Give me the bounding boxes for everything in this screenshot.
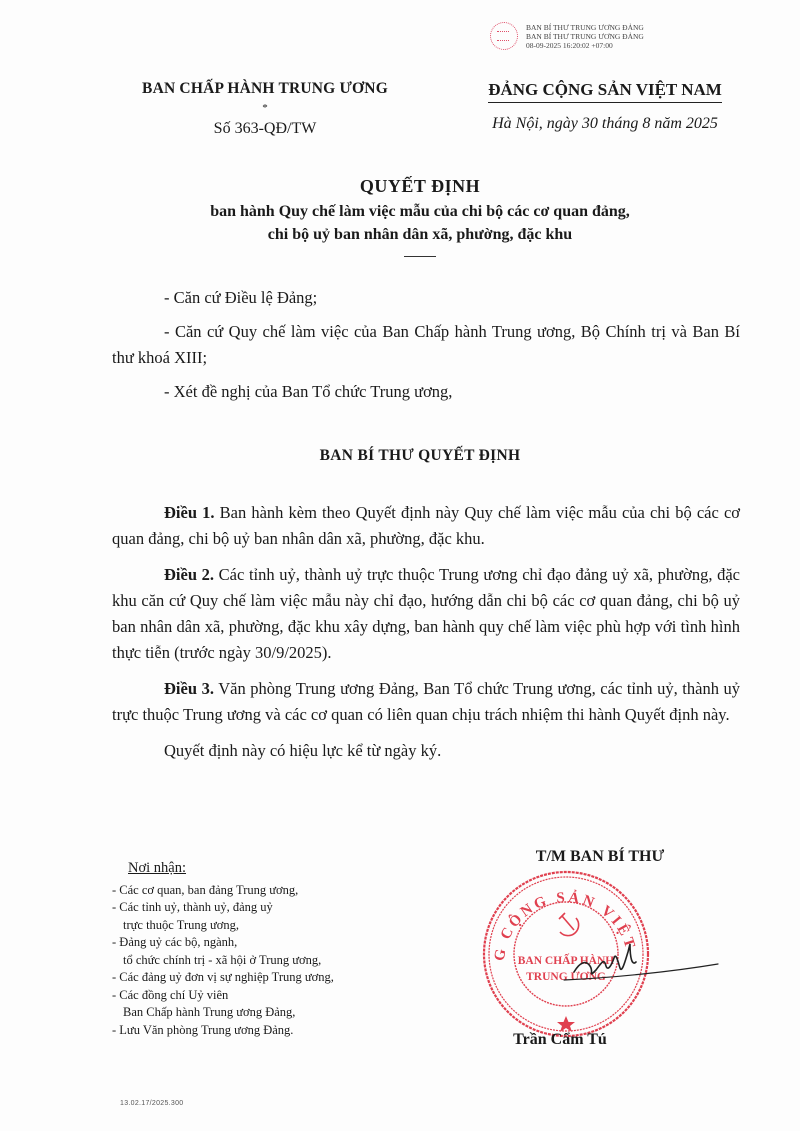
digital-signature-timestamp: 08-09-2025 16:20:02 +07:00 — [526, 41, 644, 50]
subject-line: ban hành Quy chế làm việc mẫu của chi bộ… — [80, 200, 760, 223]
signature-title: T/M BAN BÍ THƯ — [470, 848, 730, 866]
footer-code: 13.02.17/2025.300 — [120, 1100, 184, 1107]
recipient-item: - Các đồng chí Uỷ viên — [112, 987, 432, 1005]
recipients: Nơi nhận: - Các cơ quan, ban đảng Trung … — [112, 860, 432, 1039]
recipient-item: - Lưu Văn phòng Trung ương Đảng. — [112, 1022, 432, 1040]
basis-item: - Xét đề nghị của Ban Tổ chức Trung ương… — [112, 379, 740, 405]
article-3: Điều 3. Văn phòng Trung ương Đảng, Ban T… — [112, 676, 740, 728]
basis-item: - Căn cứ Điều lệ Đảng; — [112, 285, 740, 311]
effective-clause: Quyết định này có hiệu lực kể từ ngày ký… — [112, 738, 740, 764]
decision-heading: BAN BÍ THƯ QUYẾT ĐỊNH — [80, 447, 760, 465]
star-icon: * — [100, 102, 430, 114]
recipient-item: - Đảng uỷ các bộ, ngành, — [112, 934, 432, 952]
recipient-item-continued: tổ chức chính trị - xã hội ở Trung ương, — [112, 952, 432, 970]
svg-text:ĐẢNG CỘNG SẢN VIỆT NAM: ĐẢNG CỘNG SẢN VIỆT NAM — [480, 868, 640, 962]
document-number: Số 363-QĐ/TW — [100, 120, 430, 138]
recipient-item: - Các tỉnh uỷ, thành uỷ, đảng uỷ — [112, 899, 432, 917]
party-name: ĐẢNG CỘNG SẢN VIỆT NAM — [488, 80, 722, 103]
recipient-item: - Các cơ quan, ban đảng Trung ương, — [112, 882, 432, 900]
signer-name: Trần Cẩm Tú — [470, 1031, 650, 1049]
digital-signature: BAN BÍ THƯ TRUNG ƯƠNG ĐẢNG BAN BÍ THƯ TR… — [490, 22, 644, 50]
party-seal-icon: ĐẢNG CỘNG SẢN VIỆT NAM BAN CHẤP HÀNH TRU… — [480, 868, 652, 1040]
article-label: Điều 3. — [164, 679, 214, 698]
place-date: Hà Nội, ngày 30 tháng 8 năm 2025 — [455, 115, 755, 133]
article-2: Điều 2. Các tỉnh uỷ, thành uỷ trực thuộc… — [112, 562, 740, 666]
issuer-name: BAN CHẤP HÀNH TRUNG ƯƠNG — [100, 80, 430, 98]
motto-block: ĐẢNG CỘNG SẢN VIỆT NAM Hà Nội, ngày 30 t… — [455, 80, 755, 133]
article-label: Điều 1. — [164, 503, 215, 522]
svg-text:TRUNG ƯƠNG: TRUNG ƯƠNG — [526, 970, 606, 983]
article-1: Điều 1. Ban hành kèm theo Quyết định này… — [112, 500, 740, 552]
digital-signature-line: BAN BÍ THƯ TRUNG ƯƠNG ĐẢNG — [526, 23, 644, 32]
digital-signature-line: BAN BÍ THƯ TRUNG ƯƠNG ĐẢNG — [526, 32, 644, 41]
seal-icon — [490, 22, 518, 50]
recipients-title: Nơi nhận: — [128, 860, 432, 878]
articles: Điều 1. Ban hành kèm theo Quyết định này… — [112, 500, 740, 764]
document-type: QUYẾT ĐỊNH — [80, 176, 760, 197]
document-page: BAN BÍ THƯ TRUNG ƯƠNG ĐẢNG BAN BÍ THƯ TR… — [0, 0, 800, 1131]
document-subject: ban hành Quy chế làm việc mẫu của chi bộ… — [80, 200, 760, 246]
recipient-item-continued: Ban Chấp hành Trung ương Đảng, — [112, 1004, 432, 1022]
title-divider — [404, 256, 436, 257]
recipient-item-continued: trực thuộc Trung ương, — [112, 917, 432, 935]
document-title: QUYẾT ĐỊNH ban hành Quy chế làm việc mẫu… — [80, 176, 760, 257]
legal-bases: - Căn cứ Điều lệ Đảng; - Căn cứ Quy chế … — [112, 285, 740, 405]
signature-area: T/M BAN BÍ THƯ ĐẢNG CỘNG SẢN VIỆT NAM BA… — [470, 848, 730, 1058]
basis-item: - Căn cứ Quy chế làm việc của Ban Chấp h… — [112, 319, 740, 371]
issuer-block: BAN CHẤP HÀNH TRUNG ƯƠNG * Số 363-QĐ/TW — [100, 80, 430, 138]
svg-text:BAN CHẤP HÀNH: BAN CHẤP HÀNH — [518, 952, 615, 967]
article-label: Điều 2. — [164, 565, 214, 584]
subject-line: chi bộ uỷ ban nhân dân xã, phường, đặc k… — [80, 223, 760, 246]
recipient-item: - Các đảng uỷ đơn vị sự nghiệp Trung ươn… — [112, 969, 432, 987]
